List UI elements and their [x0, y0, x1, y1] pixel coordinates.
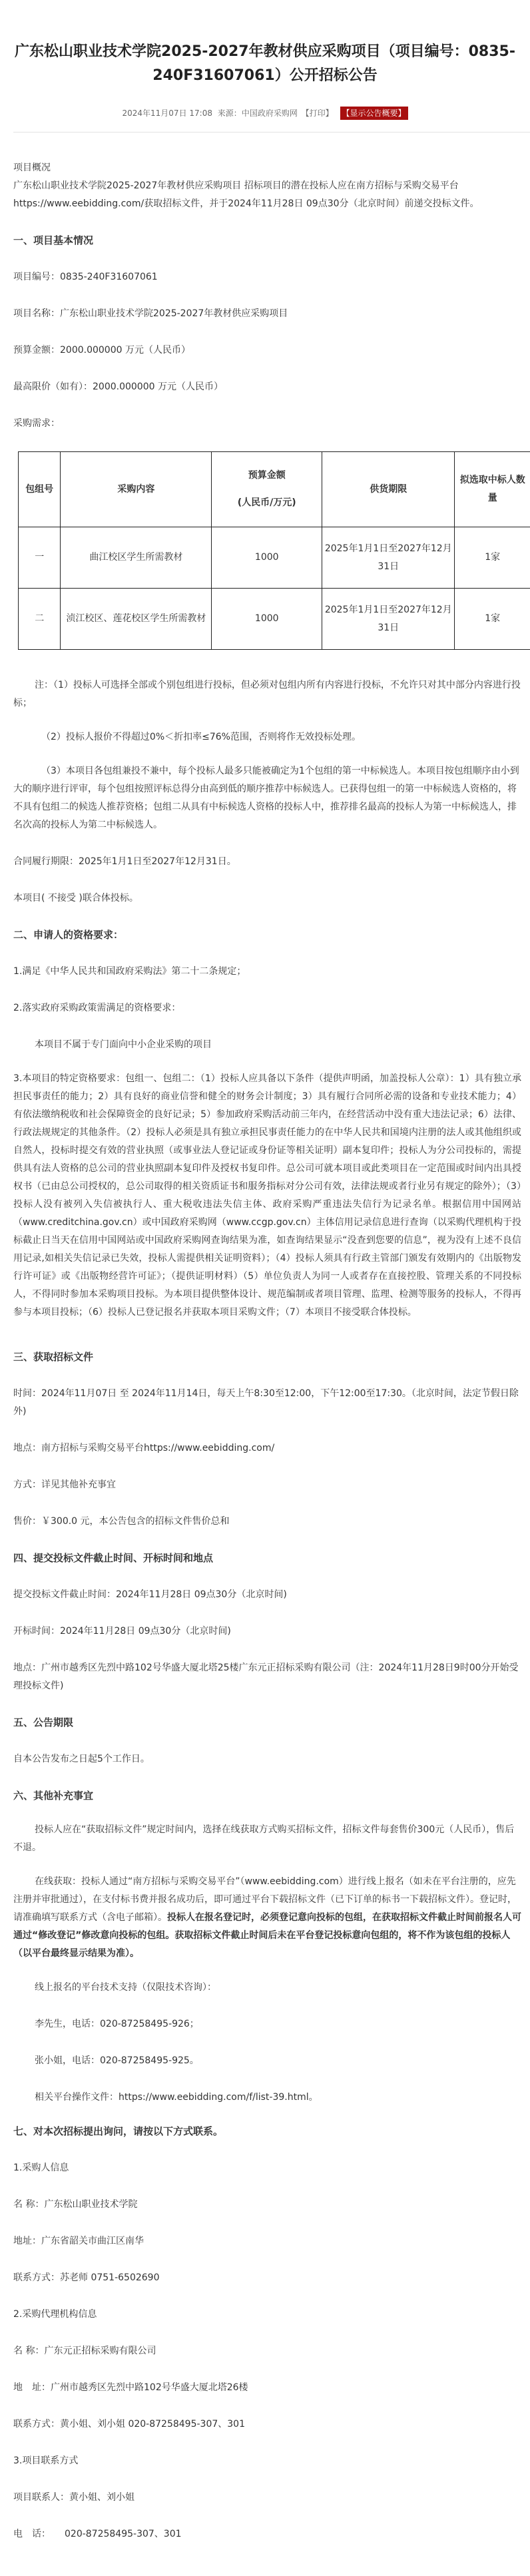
section3-heading: 三、获取招标文件 [13, 1348, 521, 1366]
requirements-table: 包组号 采购内容 预算金额 (人民币/万元) 供货期限 拟选取中标人数量 一 曲… [18, 451, 530, 650]
purchaser-contact: 联系方式：苏老师 0751-6502690 [13, 2269, 521, 2287]
cell-period: 2025年1月1日至2027年12月31日 [322, 527, 455, 589]
contract-period: 合同履行期限：2025年1月1日至2027年12月31日。 [13, 853, 521, 871]
cell-count: 1家 [455, 527, 530, 589]
page-title: 广东松山职业技术学院2025-2027年教材供应采购项目（项目编号：0835-2… [0, 0, 530, 88]
show-summary-button[interactable]: 【显示公告概要】 [340, 107, 408, 120]
cell-budget: 1000 [212, 589, 322, 650]
section4-heading: 四、提交投标文件截止时间、开标时间和地点 [13, 1549, 521, 1567]
note-3: （3）本项目各包组兼投不兼中，每个投标人最多只能被确定为1个包组的第一中标候选人… [13, 762, 521, 834]
agency-name: 名 称：广东元正招标采购有限公司 [13, 2342, 521, 2360]
requirements-label: 采购需求： [13, 415, 521, 433]
section6-heading: 六、其他补充事宜 [13, 1787, 521, 1805]
publish-date: 2024年11月07日 17:08 [122, 106, 212, 121]
overview-text: 广东松山职业技术学院2025-2027年教材供应采购项目 招标项目的潜在投标人应… [13, 177, 521, 213]
table-row: 一 曲江校区学生所需教材 1000 2025年1月1日至2027年12月31日 … [19, 527, 530, 589]
max-price: 最高限价（如有）：2000.000000 万元（人民币） [13, 378, 521, 396]
table-row: 二 浈江校区、莲花校区学生所需教材 1000 2025年1月1日至2027年12… [19, 589, 530, 650]
cell-budget: 1000 [212, 527, 322, 589]
qualification-2: 2.落实政府采购政策需满足的资格要求： [13, 999, 521, 1017]
announcement-page: 广东松山职业技术学院2025-2027年教材供应采购项目（项目编号：0835-2… [0, 0, 530, 2570]
purchaser-heading: 1.采购人信息 [13, 2159, 521, 2177]
obtain-time: 时间：2024年11月07日 至 2024年11月14日，每天上午8:30至12… [13, 1385, 521, 1421]
col-content: 采购内容 [61, 452, 212, 527]
agency-address: 地 址：广州市越秀区先烈中路102号华盛大厦北塔26楼 [13, 2379, 521, 2397]
cell-count: 1家 [455, 589, 530, 650]
section7-heading: 七、对本次招标提出询问，请按以下方式联系。 [13, 2123, 521, 2141]
col-budget-line2: (人民币/万元) [213, 494, 320, 512]
obtain-place[interactable]: 地点：南方招标与采购交易平台https://www.eebidding.com/ [13, 1439, 521, 1457]
opening-time: 开标时间：2024年11月28日 09点30分（北京时间) [13, 1623, 521, 1641]
purchaser-address: 地址：广东省韶关市曲江区南华 [13, 2232, 521, 2250]
obtain-method: 方式：详见其他补充事宜 [13, 1476, 521, 1494]
cell-content: 浈江校区、莲花校区学生所需教材 [61, 589, 212, 650]
budget-amount: 预算金额：2000.000000 万元（人民币） [13, 342, 521, 360]
col-winner-count: 拟选取中标人数量 [455, 452, 530, 527]
qualification-2-detail: 本项目不属于专门面向中小企业采购的项目 [13, 1036, 521, 1054]
submission-deadline: 提交投标文件截止时间：2024年11月28日 09点30分（北京时间) [13, 1586, 521, 1604]
purchase-instructions: 投标人应在“获取招标文件”规定时间内，选择在线获取方式购买招标文件，招标文件每套… [13, 1821, 521, 1857]
section5-heading: 五、公告期限 [13, 1714, 521, 1732]
project-contact-phone: 电 话： 020-87258495-307、301 [13, 2525, 521, 2543]
col-period: 供货期限 [322, 452, 455, 527]
opening-place: 地点：广州市越秀区先烈中路102号华盛大厦北塔25楼广东元正招标采购有限公司（注… [13, 1659, 521, 1695]
project-number: 项目编号：0835-240F31607061 [13, 268, 521, 286]
overview-heading: 项目概况 [13, 159, 521, 177]
announcement-body: 项目概况 广东松山职业技术学院2025-2027年教材供应采购项目 招标项目的潜… [0, 132, 530, 2543]
consortium-note: 本项目( 不接受 )联合体投标。 [13, 890, 521, 907]
cell-content: 曲江校区学生所需教材 [61, 527, 212, 589]
document-price: 售价：￥300.0 元，本公告包含的招标文件售价总和 [13, 1513, 521, 1531]
qualification-3: 3.本项目的特定资格要求：包组一、包组二：（1）投标人应具备以下条件（提供声明函… [13, 1070, 521, 1322]
table-header-row: 包组号 采购内容 预算金额 (人民币/万元) 供货期限 拟选取中标人数量 [19, 452, 530, 527]
tech-support-contact-1: 李先生，电话：020-87258495-926； [13, 2015, 521, 2033]
source-name: 中国政府采购网 [242, 106, 298, 121]
section1-heading: 一、项目基本情况 [13, 232, 521, 250]
col-budget-line1: 预算金额 [213, 467, 320, 485]
project-contact-person: 项目联系人：黄小姐、刘小姐 [13, 2489, 521, 2507]
note-1: 注：（1）投标人可选择全部或个别包组进行投标，但必须对包组内所有内容进行投标，不… [13, 676, 521, 712]
cell-period: 2025年1月1日至2027年12月31日 [322, 589, 455, 650]
online-obtain-instructions: 在线获取：投标人通过“南方招标与采购交易平台”（www.eebidding.co… [13, 1873, 521, 1963]
platform-docs-link[interactable]: 相关平台操作文件：https://www.eebidding.com/f/lis… [13, 2089, 521, 2107]
section2-heading: 二、申请人的资格要求： [13, 926, 521, 944]
agency-heading: 2.采购代理机构信息 [13, 2306, 521, 2324]
cell-package: 二 [19, 589, 61, 650]
meta-row: 2024年11月07日 17:08 来源：中国政府采购网 【打印】 【显示公告概… [0, 105, 530, 120]
col-budget: 预算金额 (人民币/万元) [212, 452, 322, 527]
col-package: 包组号 [19, 452, 61, 527]
notice-period: 自本公告发布之日起5个工作日。 [13, 1750, 521, 1768]
source-label: 来源： [218, 106, 242, 121]
print-link[interactable]: 【打印】 [302, 106, 334, 121]
tech-support-contact-2: 张小姐，电话：020-87258495-925。 [13, 2052, 521, 2070]
note-2: （2）投标人报价不得超过0%＜折扣率≤76%范围，否则将作无效投标处理。 [13, 728, 521, 746]
project-contact-heading: 3.项目联系方式 [13, 2452, 521, 2470]
project-name: 项目名称：广东松山职业技术学院2025-2027年教材供应采购项目 [13, 305, 521, 323]
qualification-1: 1.满足《中华人民共和国政府采购法》第二十二条规定； [13, 963, 521, 981]
purchaser-name: 名 称：广东松山职业技术学院 [13, 2196, 521, 2214]
tech-support-label: 线上报名的平台技术支持（仅限技术咨询）： [13, 1979, 521, 1997]
cell-package: 一 [19, 527, 61, 589]
agency-contact: 联系方式：黄小姐、刘小姐 020-87258495-307、301 [13, 2416, 521, 2434]
